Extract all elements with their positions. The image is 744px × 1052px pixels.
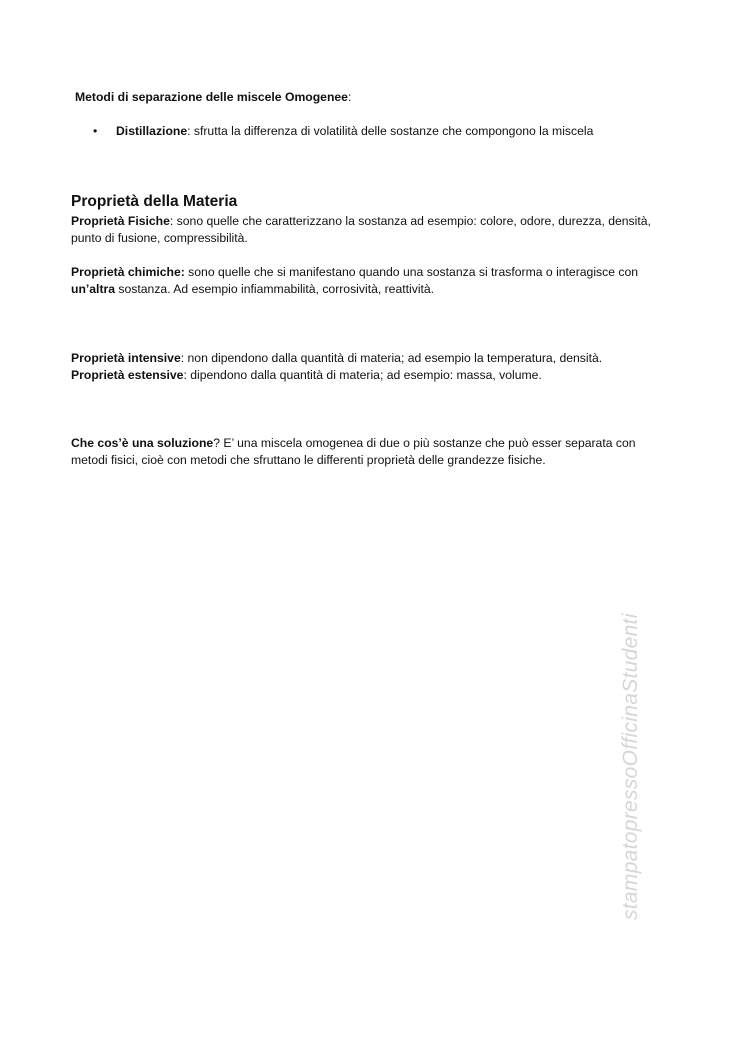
estensive-text: : dipendono dalla quantità di materia; a… bbox=[183, 368, 541, 382]
separation-title-text: Metodi di separazione delle miscele Omog… bbox=[75, 90, 348, 104]
distillazione-text: : sfrutta la differenza di volatilità de… bbox=[187, 124, 593, 138]
intensive-term: Proprietà intensive bbox=[71, 351, 181, 365]
list-item-distillazione: •Distillazione: sfrutta la differenza di… bbox=[93, 123, 693, 140]
chimiche-term2: un’altra bbox=[71, 282, 115, 296]
distillazione-term: Distillazione bbox=[116, 124, 187, 138]
properties-heading: Proprietà della Materia bbox=[71, 192, 671, 212]
separation-methods-title: Metodi di separazione delle miscele Omog… bbox=[75, 89, 675, 106]
paragraph-proprieta-fisiche: Proprietà Fisiche: sono quelle che carat… bbox=[71, 213, 671, 247]
watermark: stampatopressoOfficinaStudenti bbox=[622, 613, 639, 920]
chimiche-text: sono quelle che si manifestano quando un… bbox=[185, 265, 638, 279]
chimiche-term: Proprietà chimiche: bbox=[71, 265, 185, 279]
paragraph-proprieta-estensive: Proprietà estensive: dipendono dalla qua… bbox=[71, 367, 671, 384]
paragraph-proprieta-chimiche: Proprietà chimiche: sono quelle che si m… bbox=[71, 264, 671, 298]
separation-title-suffix: : bbox=[348, 90, 351, 104]
bullet-icon: • bbox=[93, 123, 116, 140]
paragraph-soluzione: Che cos’è una soluzione? E’ una miscela … bbox=[71, 435, 671, 469]
soluzione-term: Che cos’è una soluzione bbox=[71, 436, 213, 450]
fisiche-term: Proprietà Fisiche bbox=[71, 214, 170, 228]
paragraph-proprieta-intensive: Proprietà intensive: non dipendono dalla… bbox=[71, 350, 671, 367]
estensive-term: Proprietà estensive bbox=[71, 368, 183, 382]
intensive-text: : non dipendono dalla quantità di materi… bbox=[181, 351, 602, 365]
chimiche-text2: sostanza. Ad esempio infiammabilità, cor… bbox=[115, 282, 434, 296]
